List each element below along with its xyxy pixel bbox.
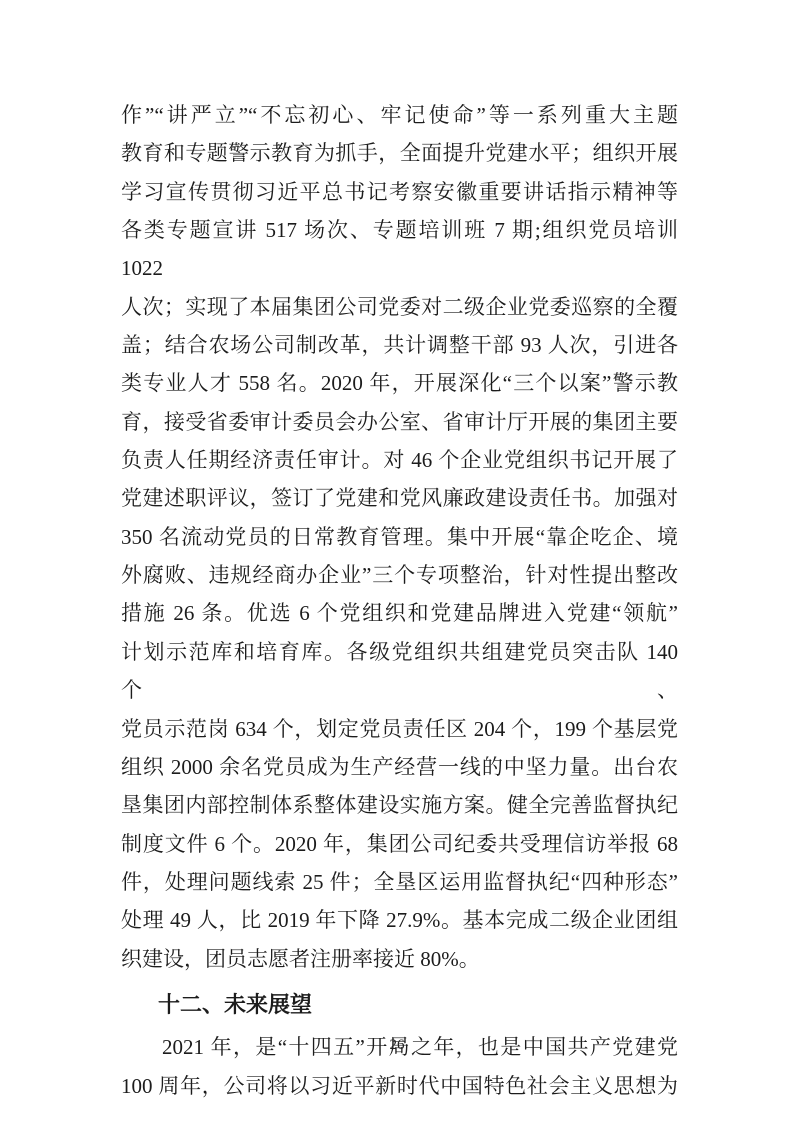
text-line: 组织 2000 余名党员成为生产经营一线的中坚力量。出台农 (121, 748, 678, 786)
text-line: 作”“讲严立”“不忘初心、牢记使命”等一系列重大主题 (121, 96, 678, 134)
text-line: 件，处理问题线索 25 件；全垦区运用监督执纪“四种形态” (121, 863, 678, 901)
page-number: 26 (0, 1037, 794, 1054)
text-line: 织建设，团员志愿者注册率接近 80%。 (121, 940, 678, 978)
document-page: 作”“讲严立”“不忘初心、牢记使命”等一系列重大主题教育和专题警示教育为抓手，全… (0, 0, 794, 1122)
text-line: 处理 49 人，比 2019 年下降 27.9%。基本完成二级企业团组 (121, 901, 678, 939)
text-line: 盖；结合农场公司制改革，共计调整干部 93 人次，引进各 (121, 326, 678, 364)
text-line: 350 名流动党员的日常教育管理。集中开展“靠企吃企、境 (121, 518, 678, 556)
text-line: 100 周年，公司将以习近平新时代中国特色社会主义思想为 (121, 1067, 678, 1105)
document-body: 作”“讲严立”“不忘初心、牢记使命”等一系列重大主题教育和专题警示教育为抓手，全… (121, 96, 678, 1105)
text-line: 垦集团内部控制体系整体建设实施方案。健全完善监督执纪 (121, 786, 678, 824)
text-line: 各类专题宣讲 517 场次、专题培训班 7 期;组织党员培训 1022 (121, 211, 678, 288)
text-line: 制度文件 6 个。2020 年，集团公司纪委共受理信访举报 68 (121, 825, 678, 863)
text-line: 负责人任期经济责任审计。对 46 个企业党组织书记开展了 (121, 441, 678, 479)
text-line: 学习宣传贯彻习近平总书记考察安徽重要讲话指示精神等 (121, 173, 678, 211)
text-line: 外腐败、违规经商办企业”三个专项整治，针对性提出整改 (121, 556, 678, 594)
text-line: 措施 26 条。优选 6 个党组织和党建品牌进入党建“领航” (121, 594, 678, 632)
text-line: 人次；实现了本届集团公司党委对二级企业党委巡察的全覆 (121, 288, 678, 326)
text-line: 育，接受省委审计委员会办公室、省审计厅开展的集团主要 (121, 403, 678, 441)
text-line: 党员示范岗 634 个，划定党员责任区 204 个，199 个基层党 (121, 710, 678, 748)
text-line: 类专业人才 558 名。2020 年，开展深化“三个以案”警示教 (121, 364, 678, 402)
text-line: 计划示范库和培育库。各级党组织共组建党员突击队 140 个、 (121, 633, 678, 710)
section-heading: 十二、未来展望 (121, 986, 678, 1024)
text-line: 党建述职评议，签订了党建和党风廉政建设责任书。加强对 (121, 479, 678, 517)
text-line: 教育和专题警示教育为抓手，全面提升党建水平；组织开展 (121, 134, 678, 172)
